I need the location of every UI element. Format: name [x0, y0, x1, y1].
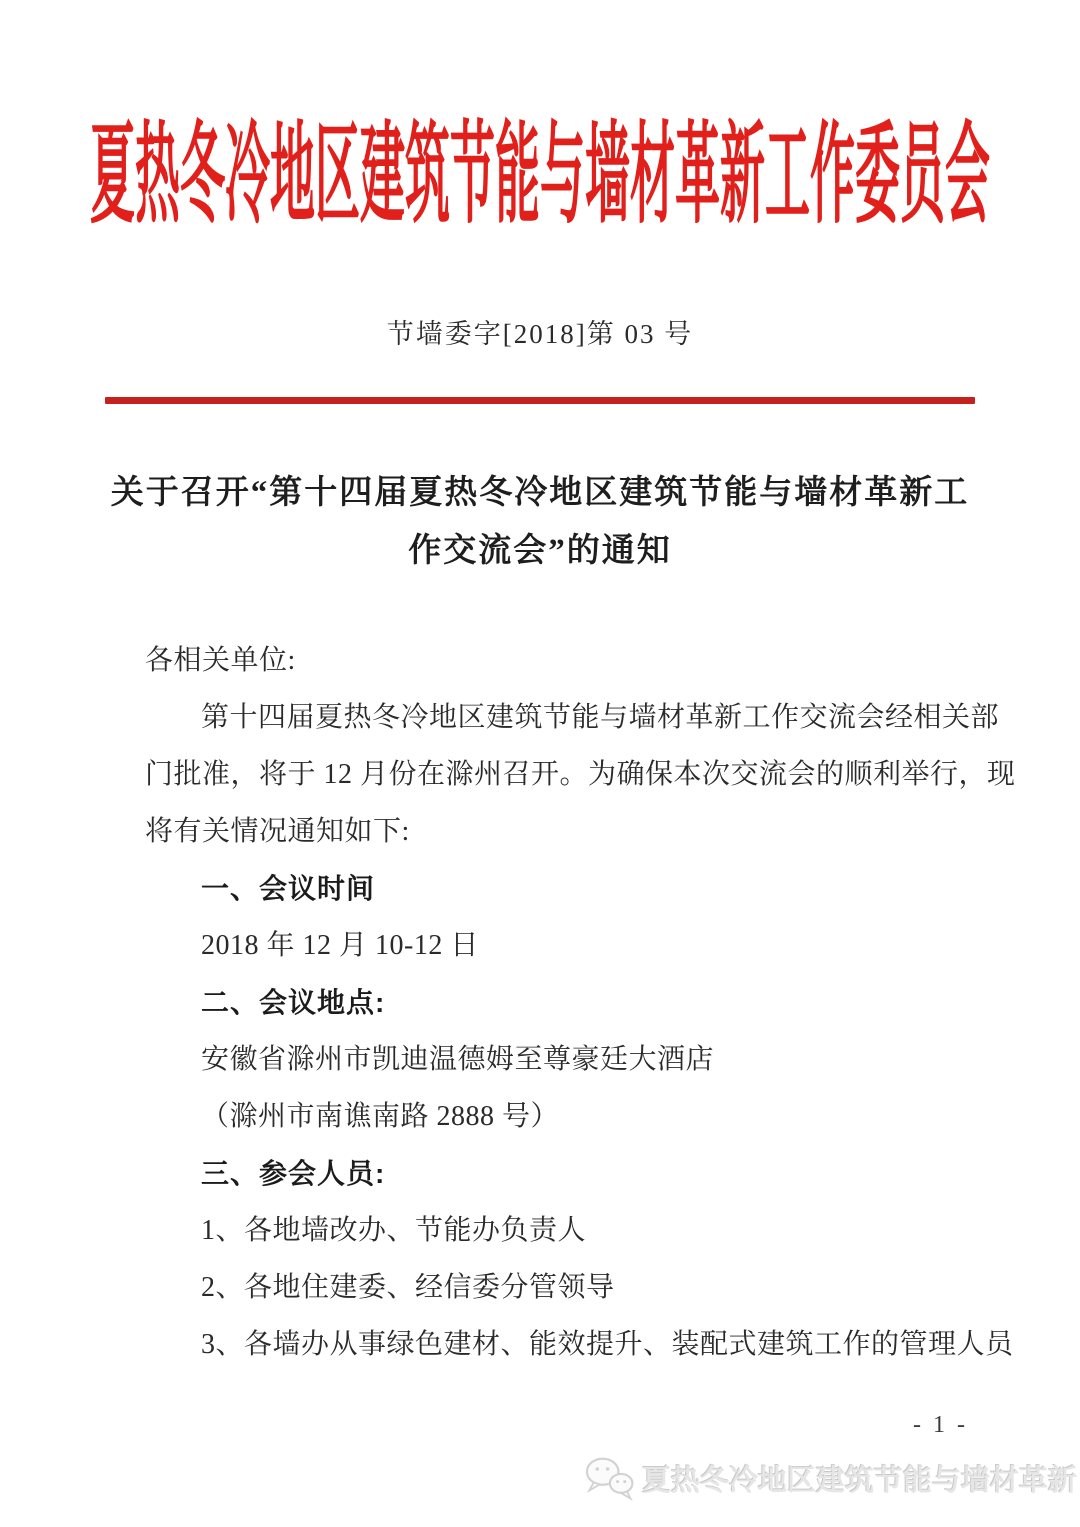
- document-page: 夏热冬冷地区建筑节能与墙材革新工作委员会 节墙委字[2018]第 03 号 关于…: [0, 0, 1080, 1527]
- body-line: 安徽省滁州市凯迪温德姆至尊豪廷大酒店: [145, 1031, 990, 1088]
- notice-title-line1: 关于召开“第十四届夏热冬冷地区建筑节能与墙材革新工: [0, 464, 1080, 522]
- body-line: 第十四届夏热冬冷地区建筑节能与墙材革新工作交流会经相关部: [145, 689, 990, 746]
- letterhead: 夏热冬冷地区建筑节能与墙材革新工作委员会: [0, 98, 1080, 230]
- notice-title-line2: 作交流会”的通知: [0, 522, 1080, 580]
- watermark-text: 夏热冬冷地区建筑节能与墙材革新: [642, 1458, 1077, 1499]
- org-title: 夏热冬冷地区建筑节能与墙材革新工作委员会: [90, 84, 990, 243]
- body-line: （滁州市南谯南路 2888 号）: [145, 1088, 990, 1145]
- body-line: 将有关情况通知如下:: [145, 803, 990, 860]
- footer-watermark: 夏热冬冷地区建筑节能与墙材革新: [582, 1453, 1077, 1503]
- red-divider-line: [105, 397, 975, 404]
- section-heading: 二、会议地点:: [145, 974, 990, 1031]
- section-heading: 一、会议时间: [145, 860, 990, 917]
- section-heading: 三、参会人员:: [145, 1145, 990, 1202]
- body-line: 2、各地住建委、经信委分管领导: [145, 1259, 990, 1316]
- body-line: 门批准，将于 12 月份在滁州召开。为确保本次交流会的顺利举行，现: [145, 746, 990, 803]
- body-line: 1、各地墙改办、节能办负责人: [145, 1202, 990, 1259]
- notice-title: 关于召开“第十四届夏热冬冷地区建筑节能与墙材革新工 作交流会”的通知: [0, 464, 1080, 580]
- document-number: 节墙委字[2018]第 03 号: [0, 312, 1080, 351]
- wechat-icon: [582, 1453, 636, 1503]
- body-line: 3、各墙办从事绿色建材、能效提升、装配式建筑工作的管理人员: [145, 1316, 990, 1373]
- page-number: - 1 -: [913, 1412, 968, 1439]
- body-line: 2018 年 12 月 10-12 日: [145, 917, 990, 974]
- body-line: 各相关单位:: [145, 632, 990, 689]
- notice-body: 各相关单位:第十四届夏热冬冷地区建筑节能与墙材革新工作交流会经相关部门批准，将于…: [145, 632, 990, 1373]
